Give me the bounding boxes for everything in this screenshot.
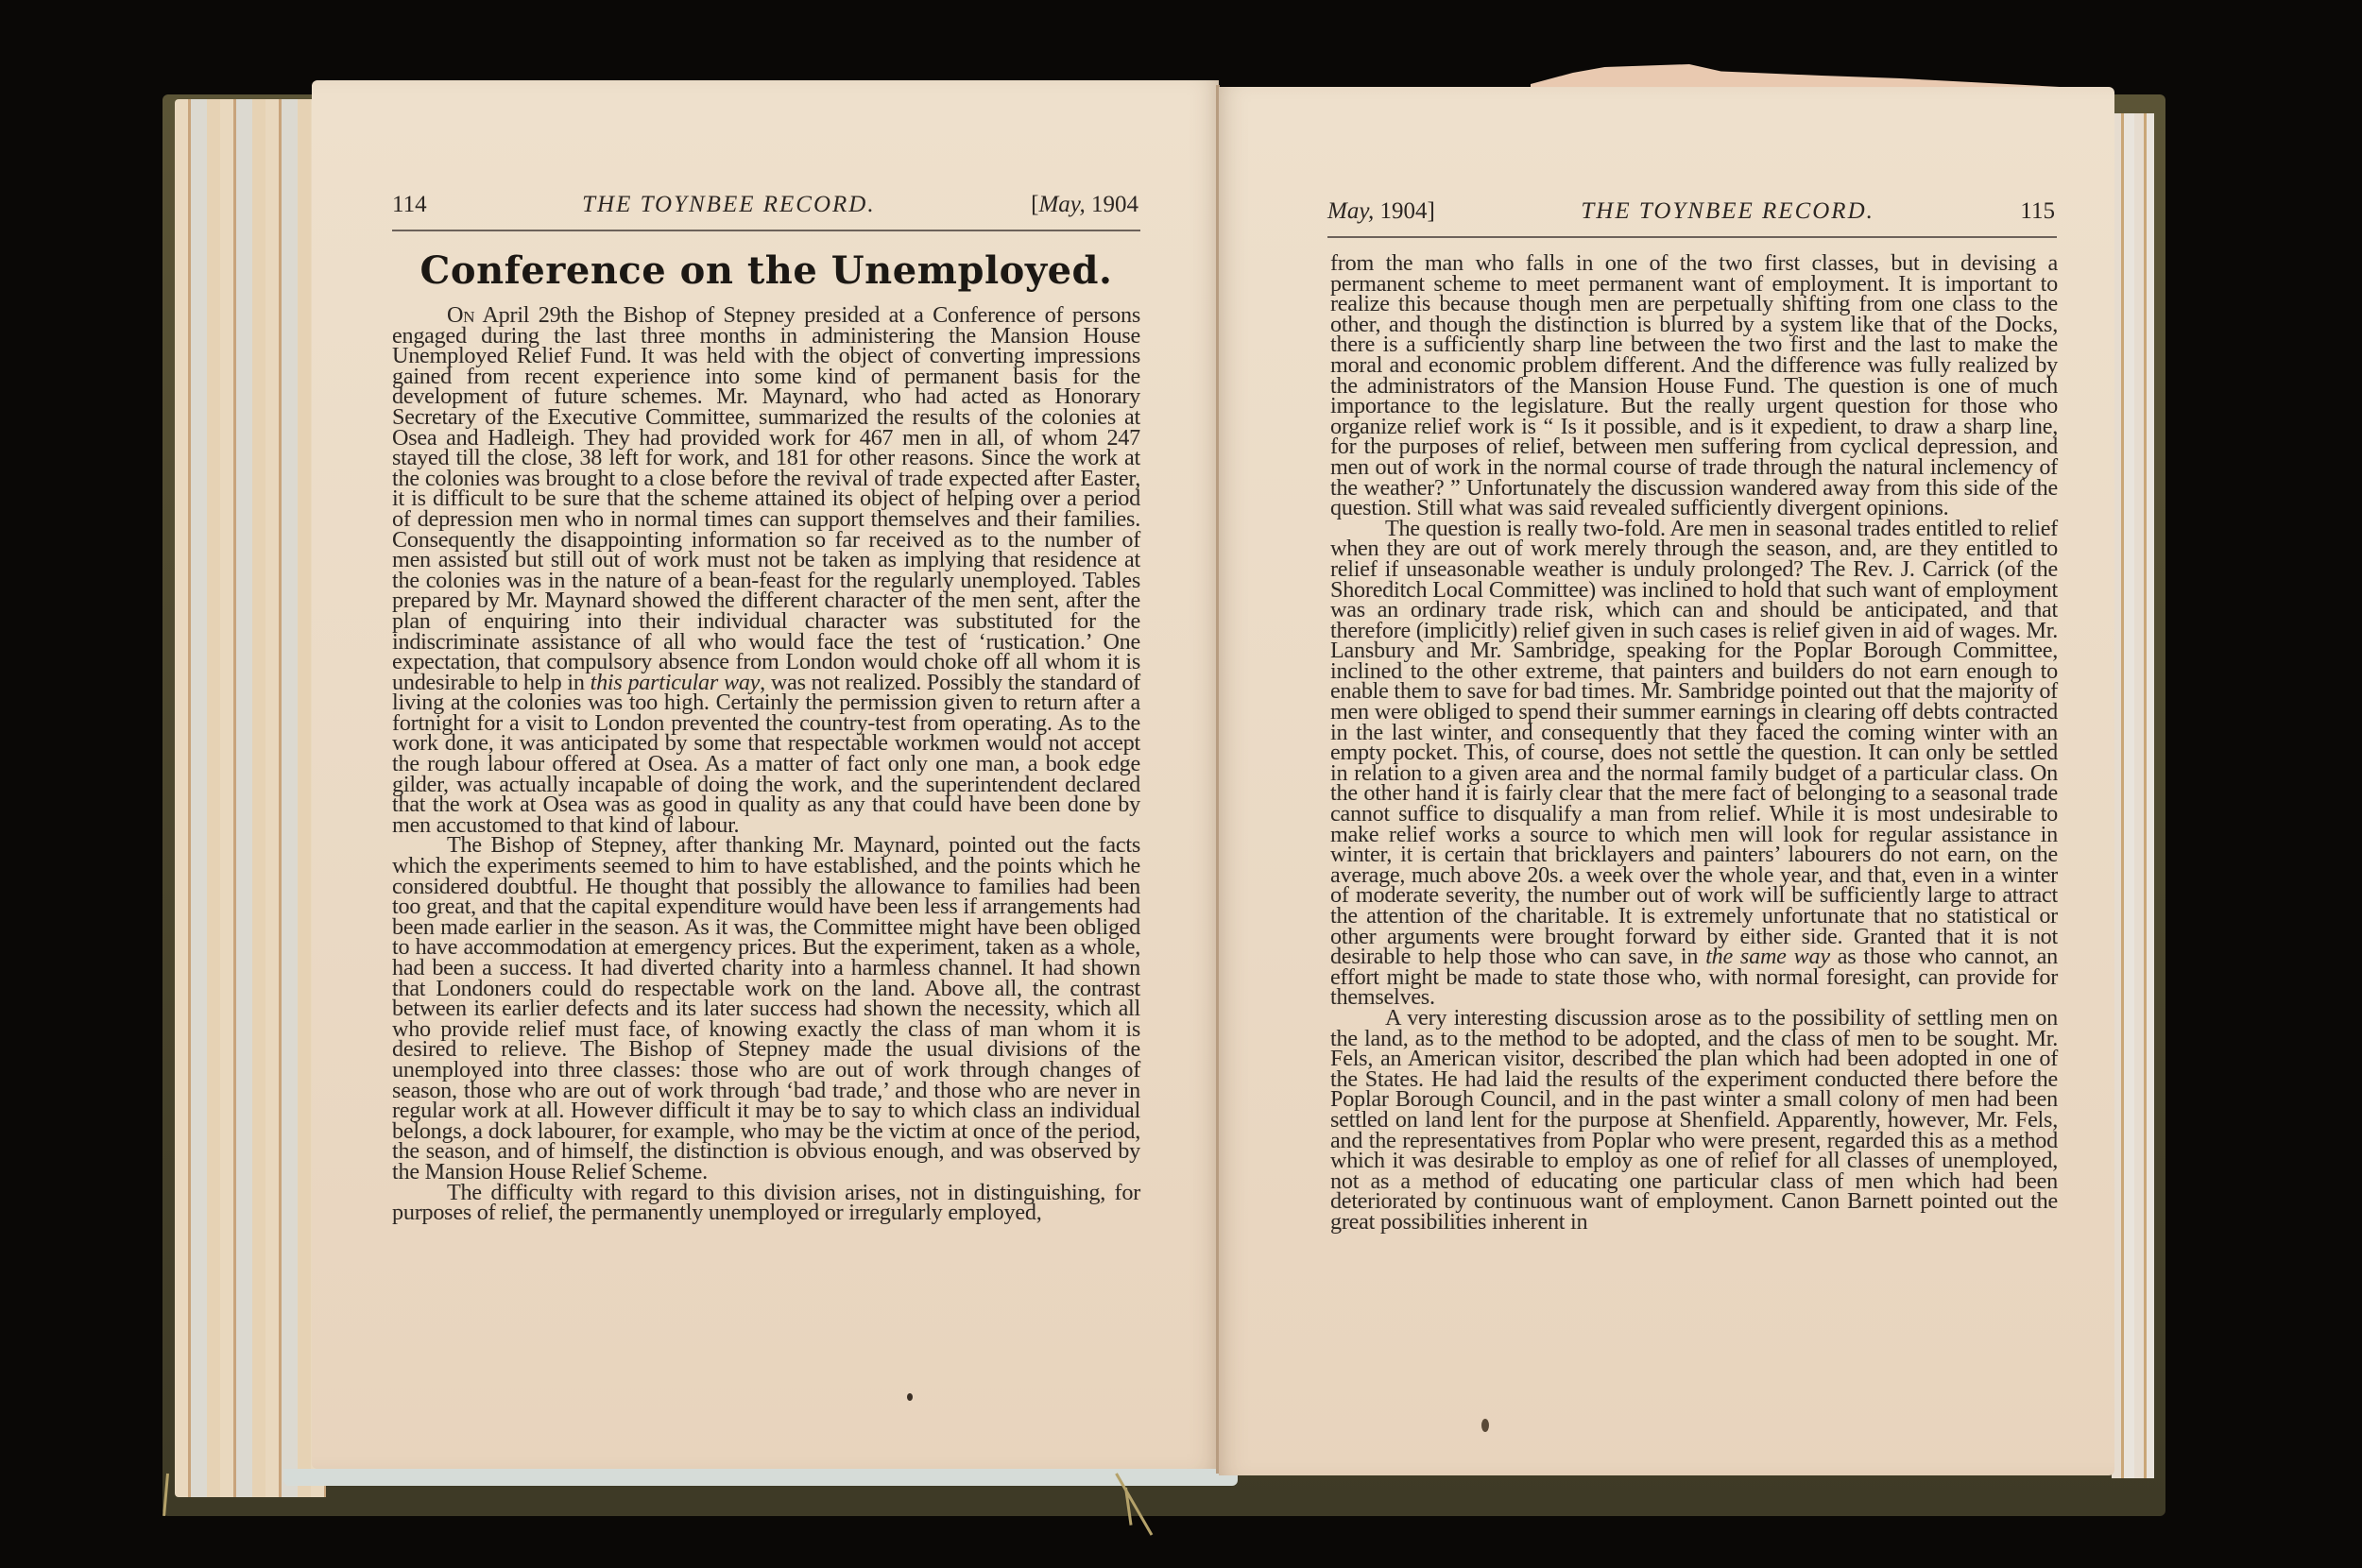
- paragraph: The difficulty with regard to this divis…: [392, 1183, 1140, 1223]
- journal-title: THE TOYNBEE RECORD.: [582, 192, 875, 218]
- right-page: May, 1904] THE TOYNBEE RECORD. 115 from …: [1219, 87, 2114, 1475]
- paragraph: A very interesting discussion arose as t…: [1330, 1008, 2058, 1233]
- endpaper-edge: [283, 1469, 1238, 1486]
- left-page: 114 THE TOYNBEE RECORD. [May, 1904 Confe…: [312, 80, 1219, 1469]
- page-edges-right: [2112, 113, 2154, 1478]
- page-edges-left: [175, 99, 326, 1497]
- article-body-right: from the man who falls in one of the two…: [1330, 253, 2058, 1233]
- header-rule: [392, 230, 1140, 231]
- paper-damage-mark: [1481, 1419, 1489, 1432]
- page-number: 114: [392, 192, 427, 218]
- paragraph: On April 29th the Bishop of Stepney pres…: [392, 305, 1140, 835]
- paragraph: The Bishop of Stepney, after thanking Mr…: [392, 835, 1140, 1182]
- issue-date: [May, 1904: [1031, 192, 1138, 218]
- paragraph: from the man who falls in one of the two…: [1330, 253, 2058, 519]
- issue-date: May, 1904]: [1327, 198, 1435, 225]
- article-body-left: On April 29th the Bishop of Stepney pres…: [392, 305, 1140, 1223]
- torn-page-fragment: [1531, 61, 2060, 90]
- journal-title: THE TOYNBEE RECORD.: [1581, 198, 1874, 225]
- paragraph: The question is really two-fold. Are men…: [1330, 519, 2058, 1008]
- running-head-left: 114 THE TOYNBEE RECORD. [May, 1904: [392, 192, 1138, 218]
- header-rule: [1327, 236, 2057, 238]
- running-head-right: May, 1904] THE TOYNBEE RECORD. 115: [1327, 198, 2055, 225]
- article-title: Conference on the Unemployed.: [392, 248, 1140, 293]
- ink-spot: [907, 1393, 913, 1401]
- page-number: 115: [2020, 198, 2055, 225]
